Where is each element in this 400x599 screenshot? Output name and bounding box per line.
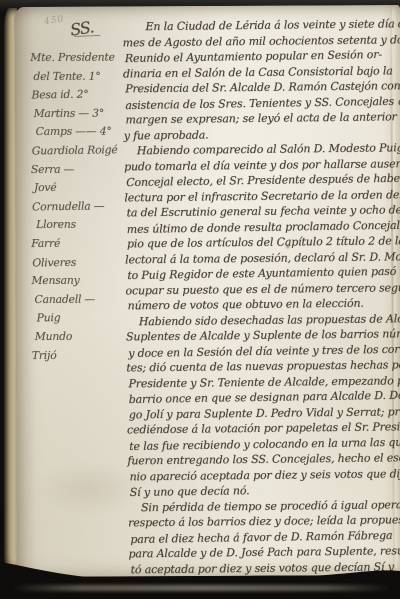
manuscript-line: y fue aprobada.: [124, 126, 400, 145]
attendee-name: Besa id. 2°: [31, 87, 130, 107]
paragraph: En la Ciudad de Lérida á los veinte y si…: [124, 17, 400, 144]
manuscript-line: fueron entregando los SS. Concejales, he…: [127, 451, 400, 470]
scanner-light-streak: [12, 585, 390, 591]
attendee-name: Martins — 3°: [34, 106, 131, 125]
manuscript-line: tes; dió cuenta de las nuevas propuestas…: [126, 358, 400, 377]
manuscript-page: 450 SS. Mte. Presidentedel Tente. 1°Besa…: [14, 5, 400, 577]
attendee-name: Mensany: [31, 274, 131, 293]
attendee-name: Llorens: [36, 218, 131, 237]
attendee-name: Farré: [31, 236, 131, 255]
scanned-manuscript-screenshot: 450 SS. Mte. Presidentedel Tente. 1°Besa…: [0, 0, 400, 599]
attendee-name: Trijó: [32, 348, 132, 367]
attendee-name: del Tente. 1°: [33, 69, 130, 88]
attendee-name: Mte. Presidente: [30, 50, 130, 69]
attendee-name: Camps —— 4°: [36, 125, 131, 144]
manuscript-line: ocupar su puesto que es el de número ter…: [125, 281, 400, 300]
attendee-name: Mundo: [35, 329, 132, 348]
attendees-heading: SS.: [69, 17, 98, 41]
attendee-name: Cornudella —: [32, 199, 131, 219]
manuscript-line: lectura por el infrascrito Secretario de…: [124, 188, 400, 207]
attendee-name: Canadell —: [34, 292, 131, 311]
attendee-name: Jové: [34, 181, 131, 200]
paragraph: Habiendo comparecido al Salón D. Modesto…: [126, 141, 400, 315]
attendee-name: Serra —: [31, 162, 131, 181]
folio-number: 450: [44, 15, 65, 27]
attendee-name: Puig: [37, 310, 132, 330]
attendee-name: Oliveres: [32, 254, 131, 274]
attendee-list: Mte. Presidentedel Tente. 1°Besa id. 2°M…: [30, 50, 132, 367]
manuscript-line: dinaria en el Salón de la Casa Consistor…: [123, 64, 400, 83]
paragraph: Habiendo sido desechadas las propuestas …: [128, 311, 400, 500]
torn-bottom-edge: [0, 552, 400, 599]
manuscript-body: En la Ciudad de Lérida á los veinte y si…: [124, 17, 400, 578]
attendee-name: Guardiola Roigé: [32, 143, 131, 163]
